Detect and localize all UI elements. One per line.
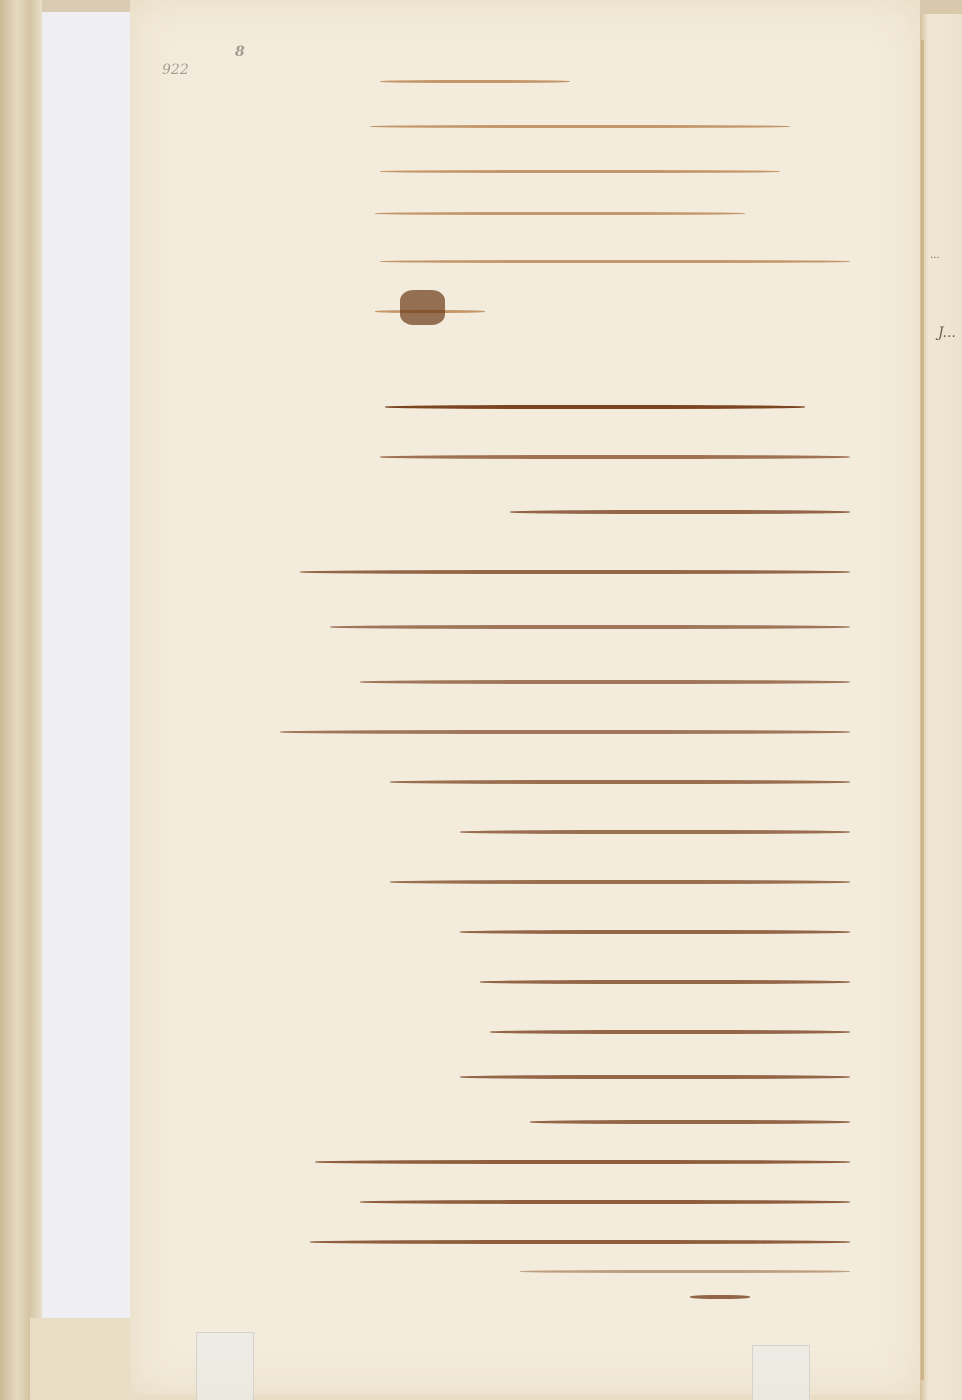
ink-line [460,1075,850,1079]
ink-blot [400,290,445,325]
ink-line [330,625,850,629]
ink-line [360,1200,850,1204]
ink-line [380,170,780,173]
ink-line [310,1240,850,1244]
facing-page-edge [920,0,962,1400]
mounting-tab-right [752,1345,810,1400]
ink-line [375,212,745,215]
folio-number: 922 [162,62,189,78]
ink-line [315,1160,850,1164]
white-support-card [42,12,138,1318]
ink-line [370,125,790,128]
book-binding-left [0,0,42,1400]
gutter-fold [921,40,924,1380]
ink-line [280,730,850,734]
ink-line [380,455,850,459]
ink-line [300,570,850,574]
ink-line [385,405,805,409]
ink-line [460,930,850,934]
ink-line [510,510,850,514]
ink-line [530,1120,850,1124]
ink-line [380,80,570,83]
ink-line [390,880,850,884]
ink-line [490,1030,850,1034]
ink-line [520,1270,850,1273]
folio-mark: 8 [235,44,245,60]
mounting-tab-left [196,1332,254,1400]
margin-note: J... [938,325,956,341]
ink-line [460,830,850,834]
manuscript-leaf: 922 8 [130,0,920,1395]
margin-note: ... [930,250,940,261]
ink-line [360,680,850,684]
ink-line [380,260,850,263]
ink-line [480,980,850,984]
ink-line [690,1295,750,1299]
ink-line [390,780,850,784]
